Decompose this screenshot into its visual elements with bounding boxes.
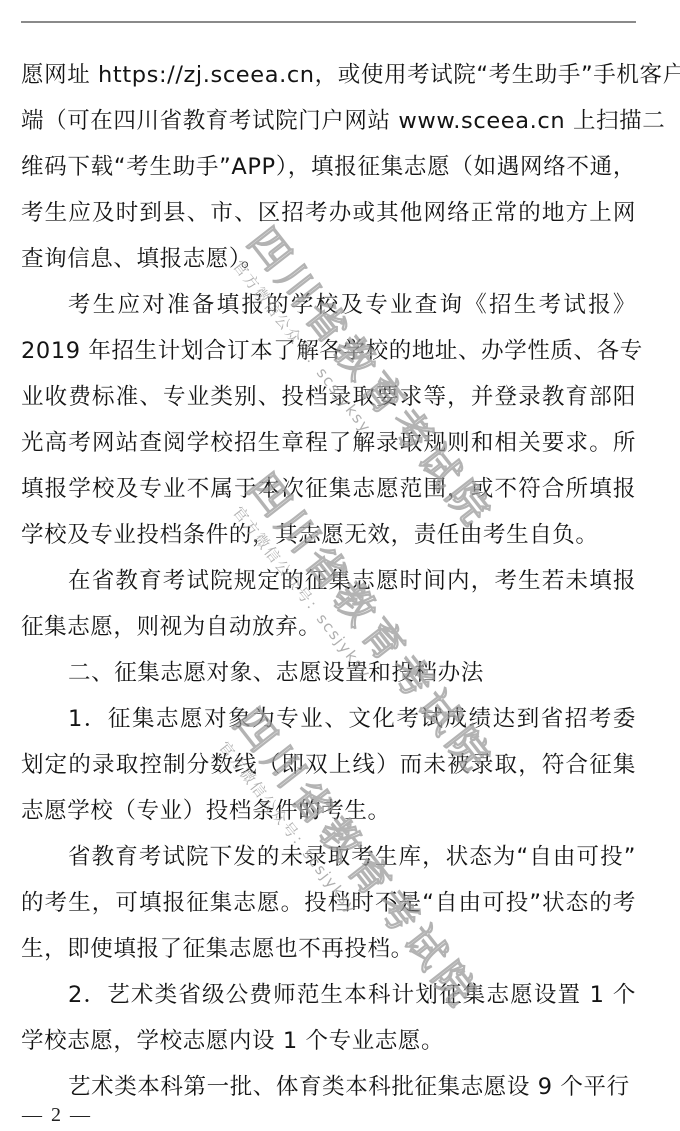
text-line: 考生应及时到县、市、区招考办或其他网络正常的地方上网	[21, 195, 636, 231]
text-line: 业收费标准、专业类别、投档录取要求等，并登录教育部阳	[21, 379, 636, 415]
page-number: — 2 —	[22, 1104, 92, 1127]
text-line: 1．征集志愿对象为专业、文化考试成绩达到省招考委	[68, 701, 636, 737]
text-line: 愿网址 https://zj.sceea.cn，或使用考试院“考生助手”手机客户	[21, 57, 636, 93]
text-line: 生，即使填报了征集志愿也不再投档。	[21, 931, 636, 967]
text-line: 征集志愿，则视为自动放弃。	[21, 609, 636, 645]
text-line: 艺术类本科第一批、体育类本科批征集志愿设 9 个平行	[68, 1069, 636, 1105]
text-line: 学校志愿，学校志愿内设 1 个专业志愿。	[21, 1023, 636, 1059]
text-line: 二、征集志愿对象、志愿设置和投档办法	[68, 655, 636, 691]
text-line: 考生应对准备填报的学校及专业查询《招生考试报》	[68, 287, 636, 323]
text-line: 填报学校及专业不属于本次征集志愿范围，或不符合所填报	[21, 471, 636, 507]
text-line: 划定的录取控制分数线（即双上线）而未被录取，符合征集	[21, 747, 636, 783]
document-page: 愿网址 https://zj.sceea.cn，或使用考试院“考生助手”手机客户…	[0, 0, 680, 1131]
text-line: 端（可在四川省教育考试院门户网站 www.sceea.cn 上扫描二	[21, 103, 636, 139]
text-line: 省教育考试院下发的未录取考生库，状态为“自由可投”	[68, 839, 636, 875]
text-line: 在省教育考试院规定的征集志愿时间内，考生若未填报	[68, 563, 636, 599]
text-line: 学校及专业投档条件的，其志愿无效，责任由考生自负。	[21, 517, 636, 553]
text-line: 维码下载“考生助手”APP），填报征集志愿（如遇网络不通，	[21, 149, 636, 185]
text-line: 的考生，可填报征集志愿。投档时不是“自由可投”状态的考	[21, 885, 636, 921]
header-rule	[21, 21, 636, 23]
text-line: 光高考网站查阅学校招生章程了解录取规则和相关要求。所	[21, 425, 636, 461]
text-line: 2．艺术类省级公费师范生本科计划征集志愿设置 1 个	[68, 977, 636, 1013]
text-line: 志愿学校（专业）投档条件的考生。	[21, 793, 636, 829]
text-line: 2019 年招生计划合订本了解各学校的地址、办学性质、各专	[21, 333, 636, 369]
text-line: 查询信息、填报志愿）。	[21, 241, 636, 277]
